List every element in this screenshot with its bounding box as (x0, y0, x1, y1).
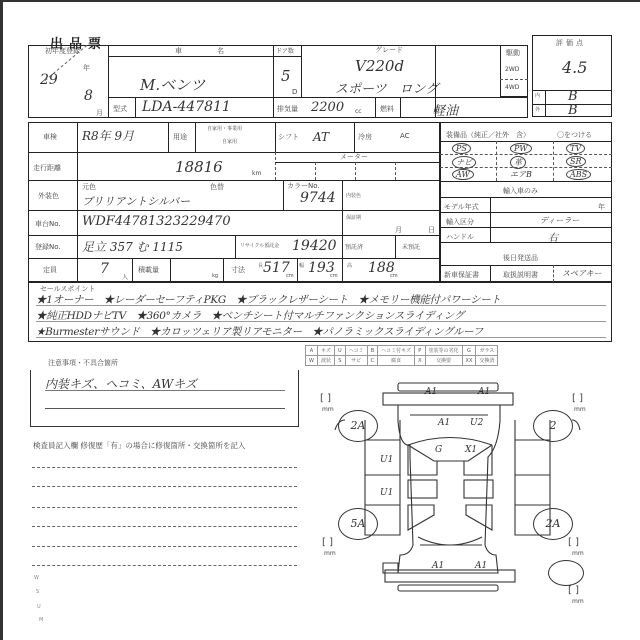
code-meaning: ヘコミ付キズ (378, 346, 415, 356)
manual-label: 取扱説明書 (503, 270, 538, 280)
reg-no-label: 登録No. (35, 242, 61, 252)
code-meaning: ガラス (476, 346, 498, 356)
equipment-item[interactable]: AW (452, 169, 474, 180)
expiry-label: 保証期 (346, 214, 361, 221)
code-letter: XX (462, 356, 476, 366)
import-type-label: 輸入区分 (446, 217, 474, 227)
code-letter: C (367, 356, 378, 366)
mileage-label: 走行距離 (33, 163, 61, 173)
tire-front-left: 2A (338, 410, 378, 442)
chassis-value: WDF44781323229470 (82, 214, 231, 229)
usage-value: 自家用 (222, 138, 237, 145)
load-label: 積載量 (138, 265, 159, 275)
manual-value: スペアキー (562, 268, 602, 279)
equipment-label: 装備品（純正／社外 含） (446, 130, 530, 140)
usage-note: 自家用・事業用 (207, 125, 242, 132)
import-type-value: ディーラー (540, 215, 579, 226)
capacity-value: 7 (100, 261, 109, 277)
height-unit: cm (390, 273, 398, 279)
warranty-label: 新車保証書 (444, 270, 479, 280)
equipment-item[interactable]: 革 (510, 156, 526, 169)
rear-bumper-right-code: A1 (475, 561, 487, 571)
equipment-item[interactable]: PW (510, 143, 532, 154)
first-reg-month-unit: 月 (96, 108, 103, 118)
car-name: M.ベンツ (140, 74, 205, 95)
doors-label: ドア数 (276, 46, 294, 55)
interior-color-label: 内装色 (346, 192, 361, 199)
capacity-label: 定員 (43, 265, 57, 275)
docs-section-label: 後日発送品 (503, 253, 538, 263)
exterior-color-value: ブリリアントシルバー (82, 193, 190, 209)
code-meaning: 交換済 (476, 356, 498, 366)
tire-spare (548, 560, 584, 586)
chassis-label: 車台No. (35, 219, 61, 229)
ac-value: AC (400, 132, 410, 140)
inspection-label: 車検 (43, 132, 57, 142)
score-interior: B (568, 89, 578, 104)
score-exterior: B (568, 103, 578, 118)
reg-no-value: 足立 357 む 1115 (82, 238, 183, 255)
code-letter: A (306, 346, 318, 356)
tread-unit-spare: mm (572, 598, 584, 605)
code-letter: G (462, 346, 476, 356)
equipment-item[interactable]: SR (566, 156, 586, 167)
first-reg-year-unit: 年 (83, 63, 90, 73)
width-unit: cm (330, 273, 338, 279)
left-side-code-1: U1 (380, 455, 393, 465)
inspector-label: 検査員記入欄 修復歴「有」の場合に修復箇所・交換箇所を記入 (33, 440, 245, 451)
color-no-value: 9744 (300, 190, 336, 206)
code-meaning: サビ (345, 356, 367, 366)
code-meaning: 腐食 (378, 356, 415, 366)
model-label: 型式 (113, 104, 127, 114)
original-color-label: 元色 (82, 182, 96, 192)
code-meaning: 塗装等の劣化 (425, 346, 462, 356)
load-unit: kg (212, 273, 218, 279)
drive-4wd[interactable]: 4WD (505, 84, 519, 91)
front-bumper-left-code: A1 (425, 387, 437, 397)
inspection-value: R8年 9月 (82, 127, 134, 144)
inspector-mark-m: M (39, 617, 43, 623)
model-year-unit: 年 (598, 202, 605, 212)
inspector-mark-w: W (34, 575, 39, 581)
drive-label: 駆動 (506, 48, 520, 58)
doors-value: 5 (281, 67, 291, 85)
recycle-paid[interactable]: 預託済 (345, 242, 363, 251)
equipment-mark-label: 〇をつける (557, 130, 592, 140)
displacement-label: 排気量 (277, 104, 298, 114)
tread-unit-fr: mm (574, 406, 586, 413)
code-meaning: 交換要 (425, 356, 462, 366)
expiry-month: 月 (395, 225, 402, 235)
notes-label: 注意事項・不具合箇所 (48, 358, 118, 368)
windshield-code-1: G (435, 445, 442, 455)
code-meaning: キズ (317, 346, 334, 356)
first-reg-month: 8 (84, 88, 93, 104)
model-value: LDA-447811 (142, 99, 231, 115)
repaint-label: 色替 (210, 182, 224, 192)
rear-bumper-left-code: A1 (432, 561, 444, 571)
import-section-label: 輸入車のみ (503, 186, 538, 196)
first-reg-year: 29 (40, 72, 58, 88)
shift-label: シフト (278, 132, 299, 142)
fuel-label: 燃料 (380, 104, 394, 114)
recycle-unpaid[interactable]: 未預託 (402, 242, 420, 251)
length-unit: cm (286, 273, 294, 279)
score-label: 評価点 (556, 38, 586, 48)
tire-front-right: 2 (533, 410, 573, 442)
car-name-label: 車 名 (175, 46, 238, 56)
code-letter: S (334, 356, 345, 366)
code-letter: U (334, 346, 345, 356)
score-value: 4.5 (562, 58, 587, 77)
equipment-item[interactable]: エアB (510, 169, 532, 180)
front-bumper-right-code: A1 (478, 387, 490, 397)
mileage-unit: km (252, 170, 261, 177)
equipment-item[interactable]: TV (566, 143, 585, 154)
grade-line1: V220d (355, 57, 404, 75)
inspector-mark-u: U (37, 604, 41, 610)
score-interior-label: 内 (535, 92, 540, 99)
code-meaning: ヘコミ (345, 346, 367, 356)
equipment-item[interactable]: ABS (566, 169, 591, 180)
code-letter: B (367, 346, 378, 356)
width-label: 幅 (299, 262, 304, 269)
hood-code-2: U2 (470, 418, 483, 428)
dimensions-label: 寸法 (231, 265, 245, 275)
inspector-mark-s: S (36, 589, 39, 595)
ac-label: 冷房 (358, 132, 372, 142)
grade-label: グレード (375, 45, 403, 55)
code-letter: P (415, 346, 425, 356)
recycle-value: 19420 (292, 238, 337, 254)
model-year-label: モデル年式 (444, 202, 479, 212)
handle-label: ハンドル (446, 232, 474, 242)
meter-label: メーター (340, 152, 368, 162)
capacity-unit: 人 (122, 272, 128, 281)
tire-rear-left: 5A (338, 508, 378, 540)
exterior-color-label: 外装色 (38, 191, 59, 201)
equipment-item[interactable]: ナビ (452, 156, 476, 169)
code-meaning: 波状 (317, 356, 334, 366)
grade-line2: スポーツ ロング (335, 78, 438, 97)
equipment-item[interactable]: PS (452, 143, 471, 154)
damage-code-table: AキズUヘコミBヘコミ付キズP塗装等の劣化Gガラス W波状SサビC腐食X交換要X… (305, 345, 498, 366)
tire-rear-right: 2A (533, 508, 573, 540)
score-exterior-label: 外 (535, 106, 540, 113)
usage-label: 用途 (173, 132, 187, 142)
drive-2wd[interactable]: 2WD (505, 66, 519, 73)
displacement-unit: cc (355, 108, 362, 115)
tread-unit-rr: mm (572, 550, 584, 557)
windshield-code-2: X1 (465, 445, 477, 455)
recycle-label: リサイクル預託金 (240, 242, 279, 249)
height-label: 高 (347, 262, 352, 269)
left-side-code-2: U1 (380, 488, 393, 498)
hood-code-1: A1 (438, 418, 450, 428)
code-letter: X (415, 356, 425, 366)
displacement-value: 2200 (311, 100, 344, 115)
tread-unit-rl: mm (324, 550, 336, 557)
shift-value: AT (313, 130, 329, 144)
mileage-value: 18816 (175, 158, 223, 176)
code-letter: W (306, 356, 318, 366)
expiry-day: 日 (428, 225, 435, 235)
doors-unit: D (292, 88, 297, 96)
tread-unit-fl: mm (322, 406, 334, 413)
